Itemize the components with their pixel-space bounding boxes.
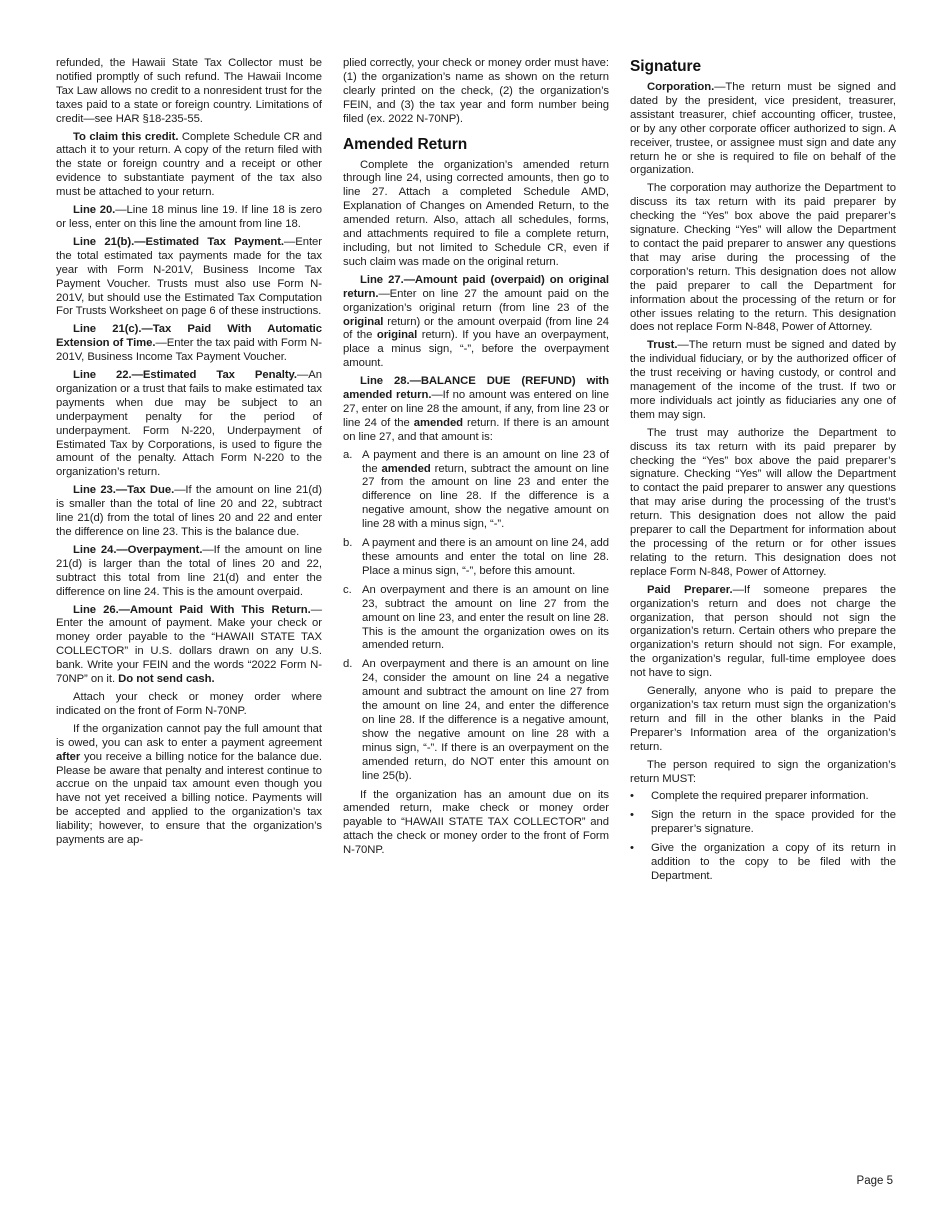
paragraph: Attach your check or money order where i… <box>56 691 322 719</box>
paragraph: Line 27.—Amount paid (overpaid) on origi… <box>343 274 609 371</box>
paragraph: If the organization cannot pay the full … <box>56 723 322 848</box>
paragraph: Trust.—The return must be signed and dat… <box>630 339 896 422</box>
section-heading-signature: Signature <box>630 57 896 76</box>
paragraph: Line 20.—Line 18 minus line 19. If line … <box>56 204 322 232</box>
lettered-list-item: d.An overpayment and there is an amount … <box>343 658 609 783</box>
list-item-text: An overpayment and there is an amount on… <box>362 658 609 783</box>
list-item-text: Complete the required preparer informati… <box>651 790 896 804</box>
paragraph: Line 21(c).—Tax Paid With Automatic Exte… <box>56 323 322 365</box>
paragraph: plied correctly, your check or money ord… <box>343 57 609 127</box>
bullet-list-item: •Complete the required preparer informat… <box>630 790 896 804</box>
paragraph: Line 21(b).—Estimated Tax Payment.—Enter… <box>56 236 322 319</box>
paragraph: The trust may authorize the Department t… <box>630 427 896 580</box>
list-item-text: A payment and there is an amount on line… <box>362 537 609 579</box>
paragraph: Generally, anyone who is paid to prepare… <box>630 685 896 755</box>
bullet-list-item: •Sign the return in the space provided f… <box>630 809 896 837</box>
paragraph: The person required to sign the organiza… <box>630 759 896 787</box>
paragraph: Line 22.—Estimated Tax Penalty.—An organ… <box>56 369 322 480</box>
paragraph: Line 28.—BALANCE DUE (REFUND) with amend… <box>343 375 609 445</box>
column-1: refunded, the Hawaii State Tax Collector… <box>56 57 322 889</box>
bullet-list-item: •Give the organization a copy of its ret… <box>630 842 896 884</box>
paragraph: refunded, the Hawaii State Tax Collector… <box>56 57 322 127</box>
list-item-text: An overpayment and there is an amount on… <box>362 584 609 654</box>
section-heading-amended-return: Amended Return <box>343 135 609 154</box>
paragraph: The corporation may authorize the Depart… <box>630 182 896 335</box>
bullet-icon: • <box>630 790 651 804</box>
lettered-list-item: c.An overpayment and there is an amount … <box>343 584 609 654</box>
paragraph: Paid Preparer.—If someone prepares the o… <box>630 584 896 681</box>
paragraph: To claim this credit. Complete Schedule … <box>56 131 322 201</box>
bullet-icon: • <box>630 842 651 884</box>
paragraph: If the organization has an amount due on… <box>343 789 609 859</box>
three-column-text-body: refunded, the Hawaii State Tax Collector… <box>56 57 896 889</box>
list-item-text: A payment and there is an amount on line… <box>362 449 609 532</box>
list-marker: d. <box>343 658 362 783</box>
lettered-list-item: b.A payment and there is an amount on li… <box>343 537 609 579</box>
column-3: SignatureCorporation.—The return must be… <box>630 57 896 889</box>
paragraph: Line 23.—Tax Due.—If the amount on line … <box>56 484 322 540</box>
paragraph: Complete the organization’s amended retu… <box>343 159 609 270</box>
lettered-list-item: a.A payment and there is an amount on li… <box>343 449 609 532</box>
bullet-icon: • <box>630 809 651 837</box>
paragraph: Line 24.—Overpayment.—If the amount on l… <box>56 544 322 600</box>
list-item-text: Sign the return in the space provided fo… <box>651 809 896 837</box>
document-page: refunded, the Hawaii State Tax Collector… <box>0 0 950 1230</box>
list-item-text: Give the organization a copy of its retu… <box>651 842 896 884</box>
list-marker: c. <box>343 584 362 654</box>
paragraph: Line 26.—Amount Paid With This Return.—E… <box>56 604 322 687</box>
column-2: plied correctly, your check or money ord… <box>343 57 609 889</box>
paragraph: Corporation.—The return must be signed a… <box>630 81 896 178</box>
list-marker: b. <box>343 537 362 579</box>
page-number: Page 5 <box>857 1174 893 1188</box>
list-marker: a. <box>343 449 362 532</box>
